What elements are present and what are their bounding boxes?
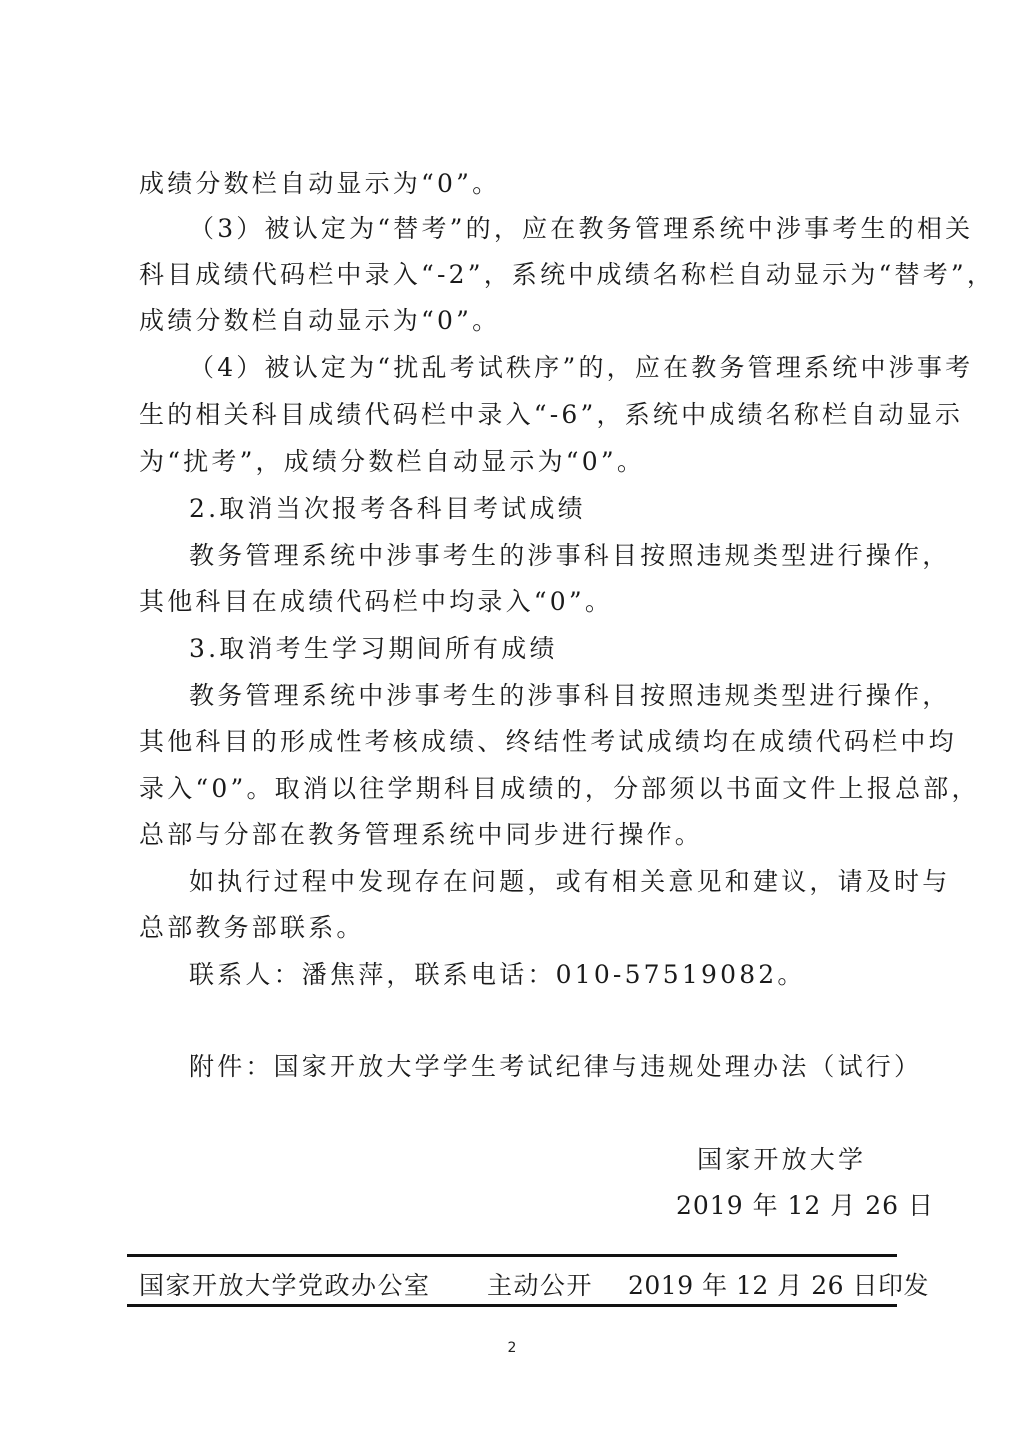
body-line: 其他科目的形成性考核成绩、终结性考试成绩均在成绩代码栏中均	[139, 727, 957, 757]
body-line: 总部与分部在教务管理系统中同步进行操作。	[139, 820, 703, 850]
footer-disclosure: 主动公开	[487, 1270, 593, 1302]
body-line: 教务管理系统中涉事考生的涉事科目按照违规类型进行操作，	[189, 541, 950, 571]
body-line: 生的相关科目成绩代码栏中录入“-6”，系统中成绩名称栏自动显示	[139, 400, 963, 430]
body-line: 如执行过程中发现存在问题，或有相关意见和建议，请及时与	[189, 867, 950, 897]
page-number: 2	[0, 1340, 1024, 1356]
body-line: 总部教务部联系。	[139, 913, 365, 943]
footer-issue-date: 2019 年 12 月 26 日印发	[628, 1270, 929, 1302]
body-line: 成绩分数栏自动显示为“0”。	[139, 169, 500, 199]
footer-bottom-rule	[127, 1304, 897, 1307]
section-heading: 3.取消考生学习期间所有成绩	[189, 634, 558, 664]
body-line: 其他科目在成绩代码栏中均录入“0”。	[139, 587, 613, 617]
body-line: 录入“0”。取消以往学期科目成绩的，分部须以书面文件上报总部，	[139, 774, 980, 804]
signature-organization: 国家开放大学	[697, 1145, 866, 1175]
body-line: 教务管理系统中涉事考生的涉事科目按照违规类型进行操作，	[189, 681, 950, 711]
footer-issuer: 国家开放大学党政办公室	[139, 1270, 431, 1302]
attachment-line: 附件：国家开放大学学生考试纪律与违规处理办法（试行）	[189, 1052, 922, 1082]
body-line: （3）被认定为“替考”的，应在教务管理系统中涉事考生的相关	[189, 214, 973, 244]
contact-line: 联系人：潘焦萍，联系电话：010-57519082。	[189, 960, 806, 990]
signature-date: 2019 年 12 月 26 日	[676, 1191, 934, 1221]
body-line: 为“扰考”，成绩分数栏自动显示为“0”。	[139, 447, 645, 477]
body-line: 科目成绩代码栏中录入“-2”，系统中成绩名称栏自动显示为“替考”，	[139, 260, 995, 290]
body-line: 成绩分数栏自动显示为“0”。	[139, 306, 500, 336]
footer-top-rule	[127, 1254, 897, 1257]
section-heading: 2.取消当次报考各科目考试成绩	[189, 494, 586, 524]
footer-row: 国家开放大学党政办公室 主动公开 2019 年 12 月 26 日印发	[139, 1270, 889, 1302]
body-line: （4）被认定为“扰乱考试秩序”的，应在教务管理系统中涉事考	[189, 353, 973, 383]
